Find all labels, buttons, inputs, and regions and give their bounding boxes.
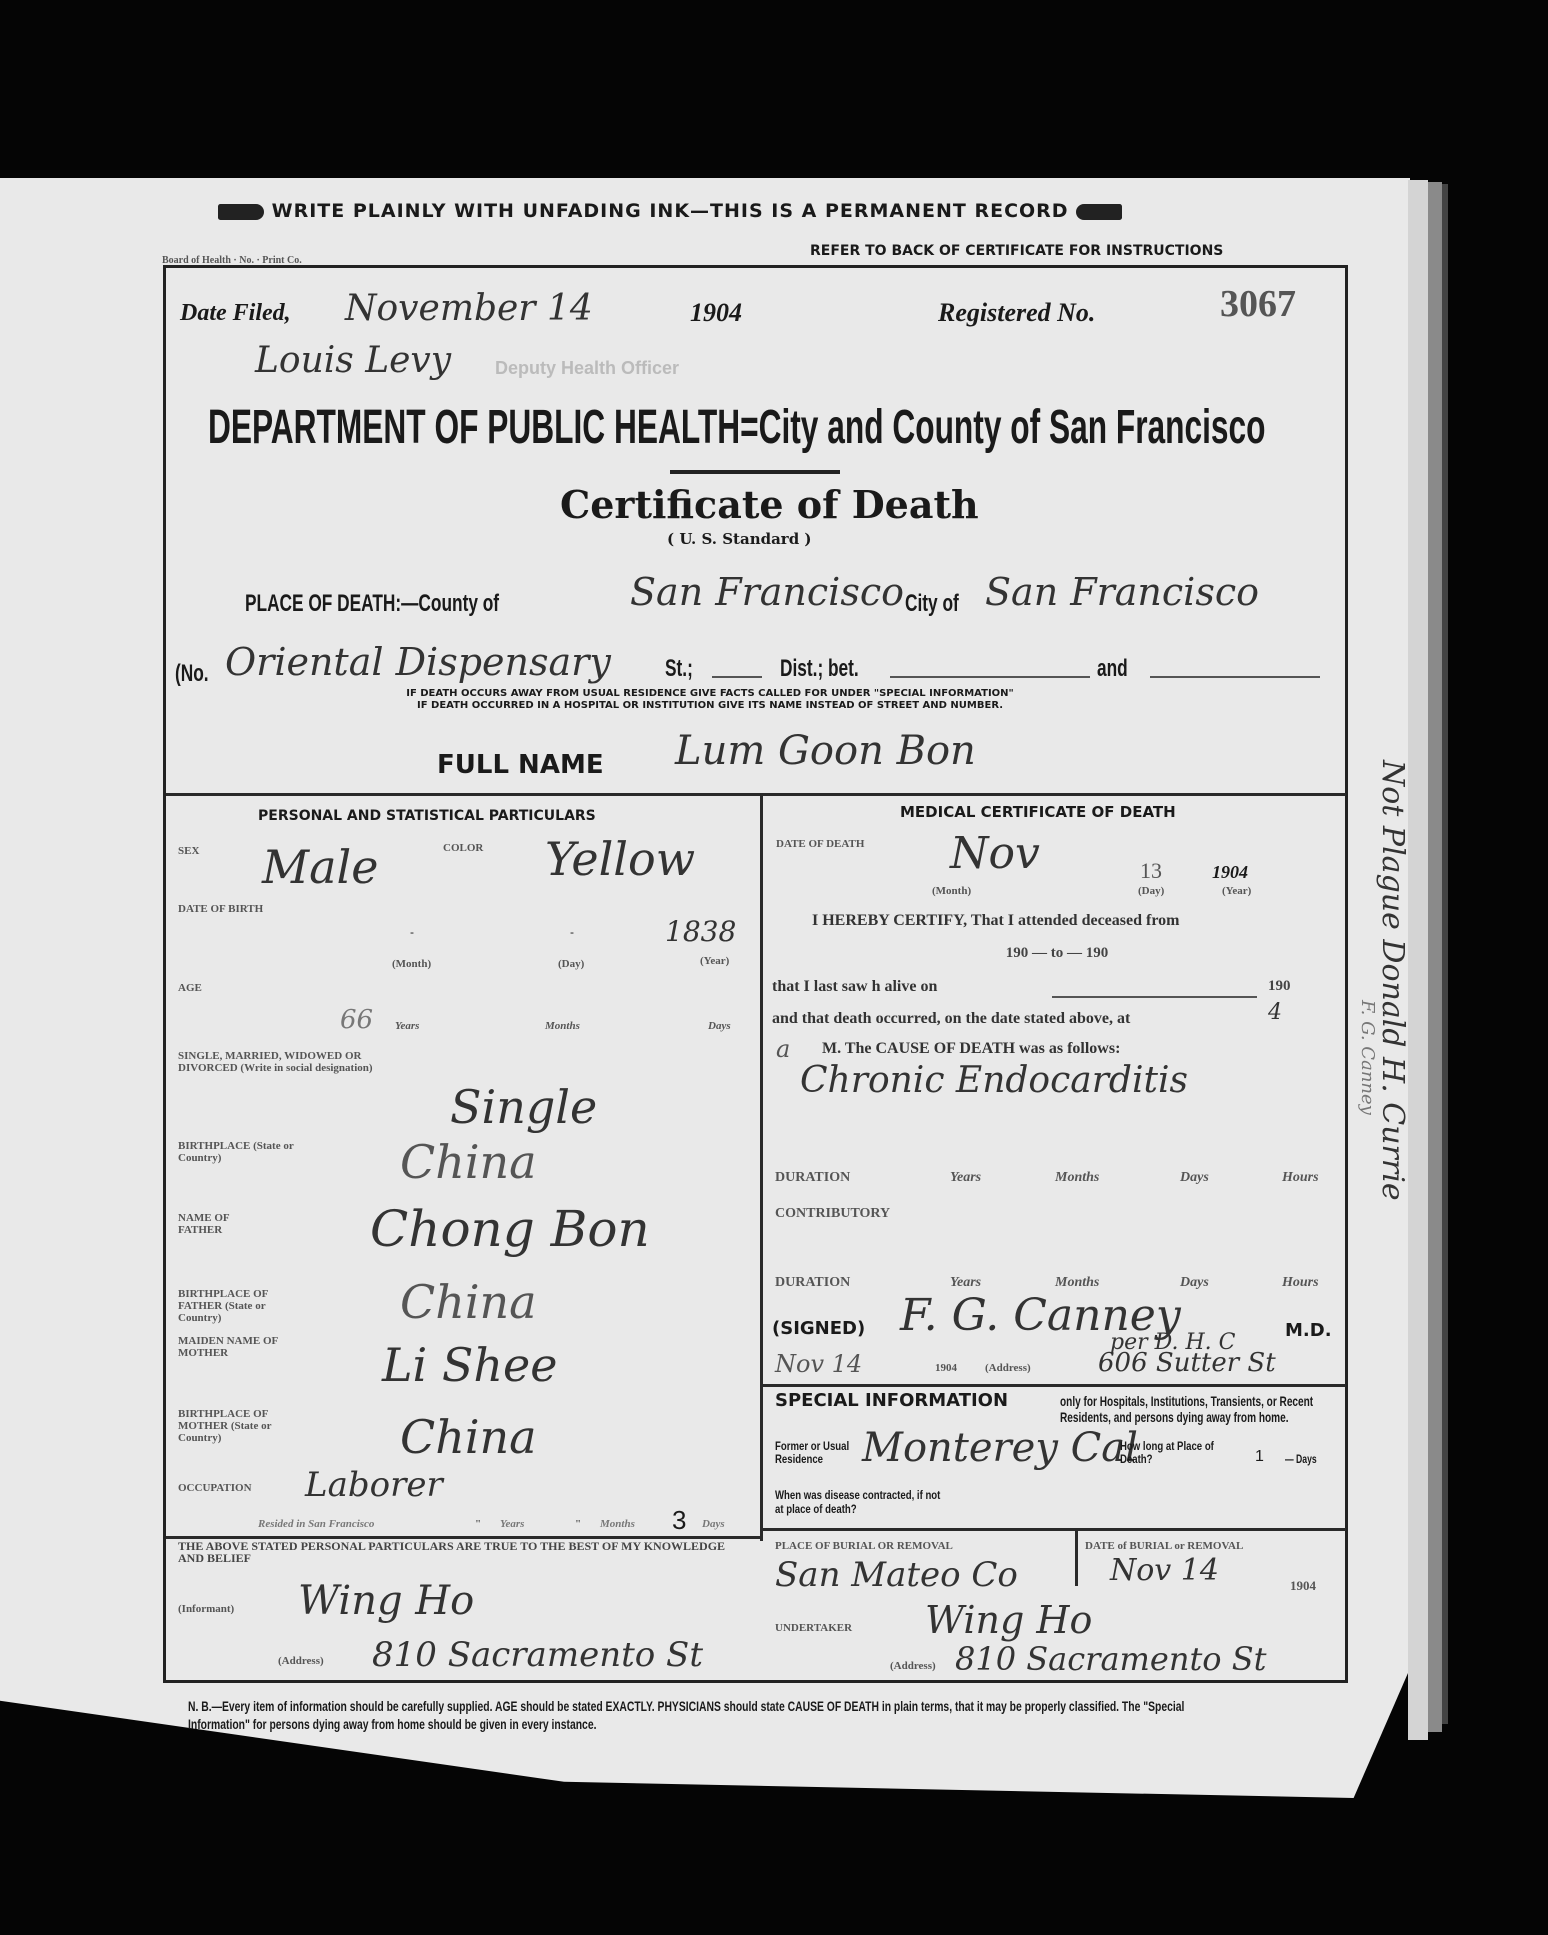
undertaker-address-label: (Address)	[890, 1660, 936, 1672]
resided-years-value: "	[475, 1518, 481, 1530]
father-birthplace-label: BIRTHPLACE OF FATHER (State or Country)	[178, 1288, 308, 1324]
dod-year-caption: (Year)	[1222, 885, 1251, 897]
resided-years-caption: Years	[500, 1518, 524, 1530]
special-note: only for Hospitals, Institutions, Transi…	[1060, 1393, 1341, 1425]
months-caption: Months	[545, 1020, 580, 1032]
registered-number: 3067	[1220, 282, 1296, 326]
dod-day-value: 13	[1140, 858, 1162, 884]
page-stack-edge	[1442, 184, 1448, 1724]
duration-years: Years	[950, 1172, 981, 1184]
burial-year-value: 1904	[1290, 1580, 1316, 1592]
father-value: Chong Bon	[370, 1200, 650, 1258]
death-time-value: 4	[1268, 1000, 1282, 1025]
pointing-hand-icon	[218, 204, 264, 220]
undertaker-address-value: 810 Sacramento St	[955, 1640, 1267, 1678]
residence-label: Former or Usual Residence	[775, 1440, 863, 1466]
date-filed-label: Date Filed,	[180, 300, 291, 327]
dod-label: DATE OF DEATH	[776, 838, 864, 850]
days-unit-label: — Days	[1285, 1452, 1317, 1466]
father-label: NAME OF FATHER	[178, 1212, 258, 1236]
department-title: DEPARTMENT OF PUBLIC HEALTH=City and Cou…	[208, 400, 1266, 455]
physician-address-label: (Address)	[985, 1362, 1031, 1374]
duration-months: Months	[1055, 1172, 1099, 1184]
section-divider	[762, 1528, 1346, 1531]
contracted-label: When was disease contracted, if not at p…	[775, 1488, 951, 1516]
md-label: M.D.	[1285, 1320, 1332, 1341]
city-value: San Francisco	[985, 570, 1259, 614]
birthplace-label: BIRTHPLACE (State or Country)	[178, 1140, 308, 1164]
dod-year-value: 1904	[1212, 862, 1248, 883]
burial-date-label: DATE of BURIAL or REMOVAL	[1085, 1540, 1243, 1552]
burial-date-value: Nov 14	[1110, 1553, 1219, 1588]
blank-line	[1052, 996, 1257, 998]
informant-value: Wing Ho	[298, 1578, 474, 1624]
sex-value: Male	[262, 840, 378, 894]
resided-label: Resided in San Francisco	[258, 1518, 374, 1530]
attended-range: 190 — to — 190	[772, 945, 1342, 962]
contributory-label: CONTRIBUTORY	[775, 1208, 890, 1220]
blank-line	[1150, 676, 1320, 678]
dod-day-caption: (Day)	[1138, 885, 1164, 897]
filing-year: 1904	[690, 298, 742, 328]
marital-label: SINGLE, MARRIED, WIDOWED OR DIVORCED (Wr…	[178, 1050, 418, 1074]
signed-label: (SIGNED)	[772, 1318, 865, 1339]
mother-birthplace-label: BIRTHPLACE OF MOTHER (State or Country)	[178, 1408, 308, 1444]
month-caption: (Month)	[392, 958, 431, 970]
full-name-value: Lum Goon Bon	[675, 728, 976, 774]
color-value: Yellow	[545, 832, 695, 886]
informant-address-label: (Address)	[278, 1655, 324, 1667]
dob-day-value: -	[570, 925, 574, 939]
registered-label: Registered No.	[938, 298, 1095, 328]
burial-place-value: San Mateo Co	[775, 1555, 1018, 1595]
duration-hours-2: Hours	[1282, 1277, 1319, 1289]
city-label: City of	[905, 590, 959, 618]
undertaker-label: UNDERTAKER	[775, 1622, 852, 1634]
column-divider	[1075, 1531, 1078, 1586]
duration-label: DURATION	[775, 1172, 850, 1184]
resided-months-caption: Months	[600, 1518, 635, 1530]
resided-days-value: 3	[672, 1505, 686, 1536]
column-divider	[760, 796, 763, 1541]
dob-month-value: -	[410, 925, 414, 939]
street-value: Oriental Dispensary	[225, 640, 611, 684]
duration-months-2: Months	[1055, 1277, 1099, 1289]
duration-days-2: Days	[1180, 1277, 1209, 1289]
burial-place-label: PLACE OF BURIAL OR REMOVAL	[775, 1540, 953, 1552]
officer-signature: Louis Levy	[255, 340, 451, 381]
signed-year: 1904	[935, 1362, 957, 1374]
title-rule	[670, 470, 840, 474]
date-filed-value: November 14	[345, 288, 593, 329]
physician-address-value: 606 Sutter St	[1098, 1348, 1276, 1378]
year-caption: (Year)	[700, 955, 729, 967]
how-long-value: 1	[1255, 1448, 1264, 1466]
undertaker-value: Wing Ho	[925, 1598, 1092, 1642]
place-note-line: IF DEATH OCCURRED IN A HOSPITAL OR INSTI…	[250, 700, 1170, 712]
mother-label: MAIDEN NAME OF MOTHER	[178, 1335, 288, 1359]
county-value: San Francisco	[630, 570, 904, 614]
pointing-hand-icon	[1076, 204, 1122, 220]
banner-text: WRITE PLAINLY WITH UNFADING INK—THIS IS …	[272, 200, 1069, 222]
special-heading: SPECIAL INFORMATION	[775, 1390, 1008, 1411]
sex-label: SEX	[178, 845, 199, 857]
years-caption: Years	[395, 1020, 419, 1032]
mother-birthplace-value: China	[400, 1410, 537, 1464]
day-caption: (Day)	[558, 958, 584, 970]
father-birthplace-value: China	[400, 1275, 537, 1329]
personal-heading: PERSONAL AND STATISTICAL PARTICULARS	[258, 808, 596, 824]
dist-label: Dist.; bet.	[780, 655, 859, 683]
standard-note: ( U. S. Standard )	[667, 530, 812, 548]
death-occurred-text: and that death occurred, on the date sta…	[772, 1010, 1130, 1028]
cause-value: Chronic Endocarditis	[800, 1060, 1188, 1101]
place-label: PLACE OF DEATH:—County of	[245, 590, 499, 618]
last-saw-year: 190	[1268, 978, 1291, 995]
dod-month-caption: (Month)	[932, 885, 971, 897]
days-caption: Days	[708, 1020, 731, 1032]
color-label: COLOR	[443, 842, 483, 854]
place-note: IF DEATH OCCURS AWAY FROM USUAL RESIDENC…	[250, 688, 1170, 712]
section-divider	[166, 793, 1346, 796]
dod-month-value: Nov	[950, 828, 1040, 879]
margin-note-line2: F. G. Canney	[1357, 1000, 1378, 1115]
certify-text: I HEREBY CERTIFY, That I attended deceas…	[812, 912, 1179, 930]
marital-value: Single	[450, 1080, 597, 1134]
full-name-label: FULL NAME	[437, 750, 604, 780]
informant-label: (Informant)	[178, 1603, 234, 1615]
medical-heading: MEDICAL CERTIFICATE OF DEATH	[900, 803, 1176, 821]
residence-value: Monterey Cal	[862, 1425, 1138, 1471]
signed-date: Nov 14	[775, 1350, 862, 1378]
blank-line	[890, 676, 1090, 678]
st-label: St.;	[665, 655, 693, 683]
meridiem-value: a	[776, 1035, 790, 1063]
mother-value: Li Shee	[382, 1338, 557, 1392]
place-note-line: IF DEATH OCCURS AWAY FROM USUAL RESIDENC…	[250, 688, 1170, 700]
how-long-label: How long at Place of Death?	[1120, 1440, 1216, 1466]
instructions-note: REFER TO BACK OF CERTIFICATE FOR INSTRUC…	[810, 243, 1223, 259]
dob-year-value: 1838	[665, 915, 736, 948]
footer-note: N. B.—Every item of information should b…	[188, 1697, 1239, 1733]
age-label: AGE	[178, 982, 202, 994]
occupation-label: OCCUPATION	[178, 1482, 252, 1494]
duration-hours: Hours	[1282, 1172, 1319, 1184]
dob-label: DATE OF BIRTH	[178, 903, 263, 915]
certificate-title: Certificate of Death	[560, 482, 979, 527]
cause-label: M. The CAUSE OF DEATH was as follows:	[822, 1040, 1120, 1058]
duration-years-2: Years	[950, 1277, 981, 1289]
informant-address-value: 810 Sacramento St	[372, 1635, 703, 1675]
last-saw-text: that I last saw h alive on	[772, 978, 937, 996]
header-banner: WRITE PLAINLY WITH UNFADING INK—THIS IS …	[218, 200, 1338, 222]
birthplace-value: China	[400, 1135, 537, 1189]
resided-days-caption: Days	[702, 1518, 725, 1530]
margin-note-line1: Not Plague Donald H. Currie	[1375, 760, 1410, 1340]
blank-line	[712, 676, 762, 678]
page-stack-edge	[1408, 180, 1428, 1740]
page-stack-edge	[1428, 182, 1442, 1732]
section-divider	[762, 1384, 1346, 1387]
no-label: (No.	[175, 660, 209, 688]
resided-months-value: "	[575, 1518, 581, 1530]
informant-statement: THE ABOVE STATED PERSONAL PARTICULARS AR…	[178, 1540, 753, 1564]
officer-title: Deputy Health Officer	[495, 358, 679, 379]
occupation-value: Laborer	[305, 1465, 443, 1505]
duration-label-2: DURATION	[775, 1277, 850, 1289]
and-label: and	[1097, 655, 1128, 683]
age-years-value: 66	[340, 1005, 373, 1035]
duration-days: Days	[1180, 1172, 1209, 1184]
